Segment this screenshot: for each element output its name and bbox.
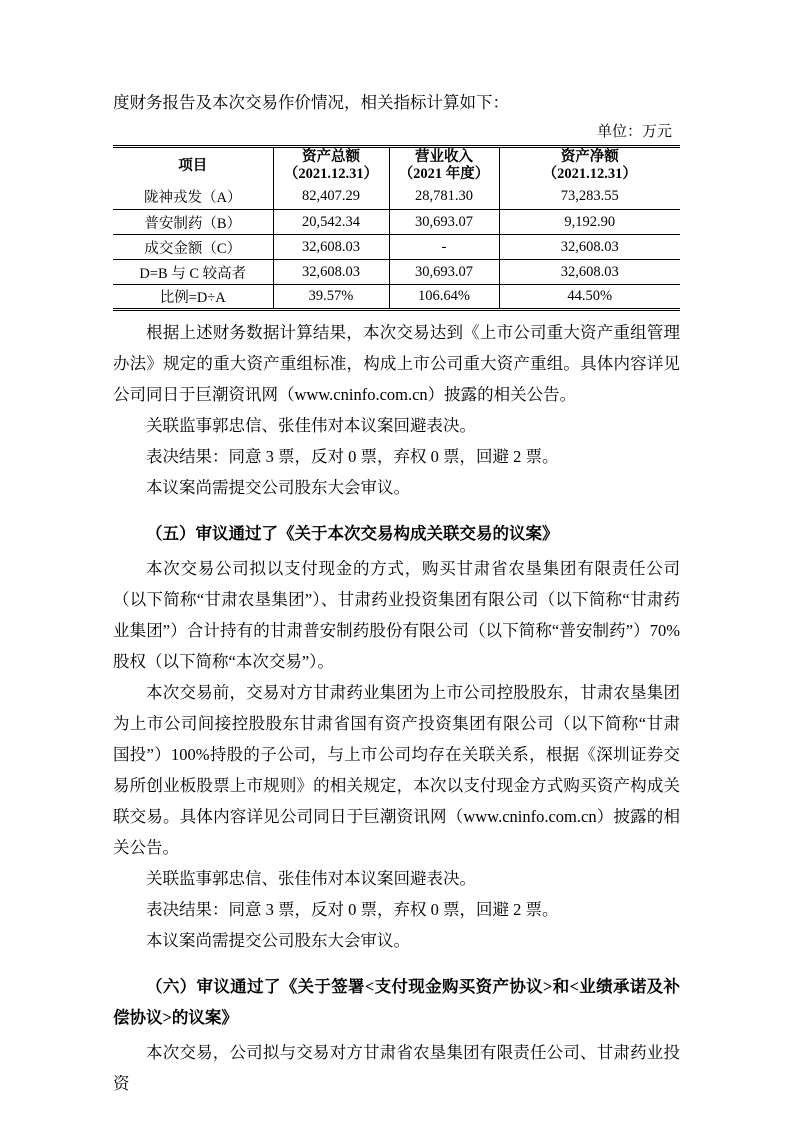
table-row: 普安制药（B） 20,542.34 30,693.07 9,192.90 — [113, 210, 680, 235]
table-row: 比例=D÷A 39.57% 106.64% 44.50% — [113, 285, 680, 310]
cell-net-assets: 32,608.03 — [499, 235, 680, 260]
cell-revenue: - — [389, 235, 499, 260]
cell-item: 成交金额（C） — [113, 235, 273, 260]
cell-total-assets: 82,407.29 — [273, 185, 389, 210]
header-revenue: 营业收入 （2021 年度） — [389, 147, 499, 185]
cell-total-assets: 39.57% — [273, 285, 389, 310]
cell-item: D=B 与 C 较高者 — [113, 260, 273, 285]
section-heading-6: （六）审议通过了《关于签署<支付现金购买资产协议>和<业绩承诺及补偿协议>的议案… — [113, 971, 680, 1033]
cell-item: 陇神戎发（A） — [113, 185, 273, 210]
cell-revenue: 30,693.07 — [389, 210, 499, 235]
table-header-row: 项目 资产总额 （2021.12.31） 营业收入 （2021 年度） 资产净额… — [113, 147, 680, 185]
page-content: 度财务报告及本次交易作价情况，相关指标计算如下： 单位：万元 项目 资产总额 （… — [113, 91, 680, 1099]
section-heading-5: （五）审议通过了《关于本次交易构成关联交易的议案》 — [113, 518, 680, 549]
paragraph-recusal: 关联监事郭忠信、张佳伟对本议案回避表决。 — [113, 410, 680, 441]
paragraph-vote-result: 表决结果：同意 3 票，反对 0 票，弃权 0 票，回避 2 票。 — [113, 441, 680, 472]
paragraph-vote-result: 表决结果：同意 3 票，反对 0 票，弃权 0 票，回避 2 票。 — [113, 894, 680, 925]
paragraph-shareholder-submit: 本议案尚需提交公司股东大会审议。 — [113, 472, 680, 503]
cell-net-assets: 73,283.55 — [499, 185, 680, 210]
paragraph-recusal: 关联监事郭忠信、张佳伟对本议案回避表决。 — [113, 863, 680, 894]
paragraph-shareholder-submit: 本议案尚需提交公司股东大会审议。 — [113, 925, 680, 956]
cell-revenue: 28,781.30 — [389, 185, 499, 210]
table-row: 成交金额（C） 32,608.03 - 32,608.03 — [113, 235, 680, 260]
paragraph-agreement-intro: 本次交易，公司拟与交易对方甘肃省农垦集团有限责任公司、甘肃药业投资 — [113, 1037, 680, 1099]
cell-net-assets: 32,608.03 — [499, 260, 680, 285]
table-row: 陇神戎发（A） 82,407.29 28,781.30 73,283.55 — [113, 185, 680, 210]
intro-text: 度财务报告及本次交易作价情况，相关指标计算如下： — [113, 91, 680, 114]
cell-net-assets: 44.50% — [499, 285, 680, 310]
paragraph-restructuring-conclusion: 根据上述财务数据计算结果，本次交易达到《上市公司重大资产重组管理办法》规定的重大… — [113, 317, 680, 410]
header-total-assets: 资产总额 （2021.12.31） — [273, 147, 389, 185]
document-page: { "document": { "intro": "度财务报告及本次交易作价情况… — [0, 0, 793, 1122]
paragraph-deal-description: 本次交易公司拟以支付现金的方式，购买甘肃省农垦集团有限责任公司（以下简称“甘肃农… — [113, 553, 680, 677]
paragraph-related-transaction: 本次交易前，交易对方甘肃药业集团为上市公司控股股东，甘肃农垦集团为上市公司间接控… — [113, 677, 680, 863]
header-net-assets: 资产净额 （2021.12.31） — [499, 147, 680, 185]
cell-total-assets: 20,542.34 — [273, 210, 389, 235]
financial-comparison-table: 项目 资产总额 （2021.12.31） 营业收入 （2021 年度） 资产净额… — [113, 145, 680, 311]
cell-total-assets: 32,608.03 — [273, 235, 389, 260]
cell-total-assets: 32,608.03 — [273, 260, 389, 285]
table-row: D=B 与 C 较高者 32,608.03 30,693.07 32,608.0… — [113, 260, 680, 285]
cell-revenue: 30,693.07 — [389, 260, 499, 285]
cell-item: 比例=D÷A — [113, 285, 273, 310]
cell-item: 普安制药（B） — [113, 210, 273, 235]
unit-label: 单位：万元 — [113, 123, 680, 142]
header-item: 项目 — [113, 147, 273, 185]
cell-revenue: 106.64% — [389, 285, 499, 310]
cell-net-assets: 9,192.90 — [499, 210, 680, 235]
